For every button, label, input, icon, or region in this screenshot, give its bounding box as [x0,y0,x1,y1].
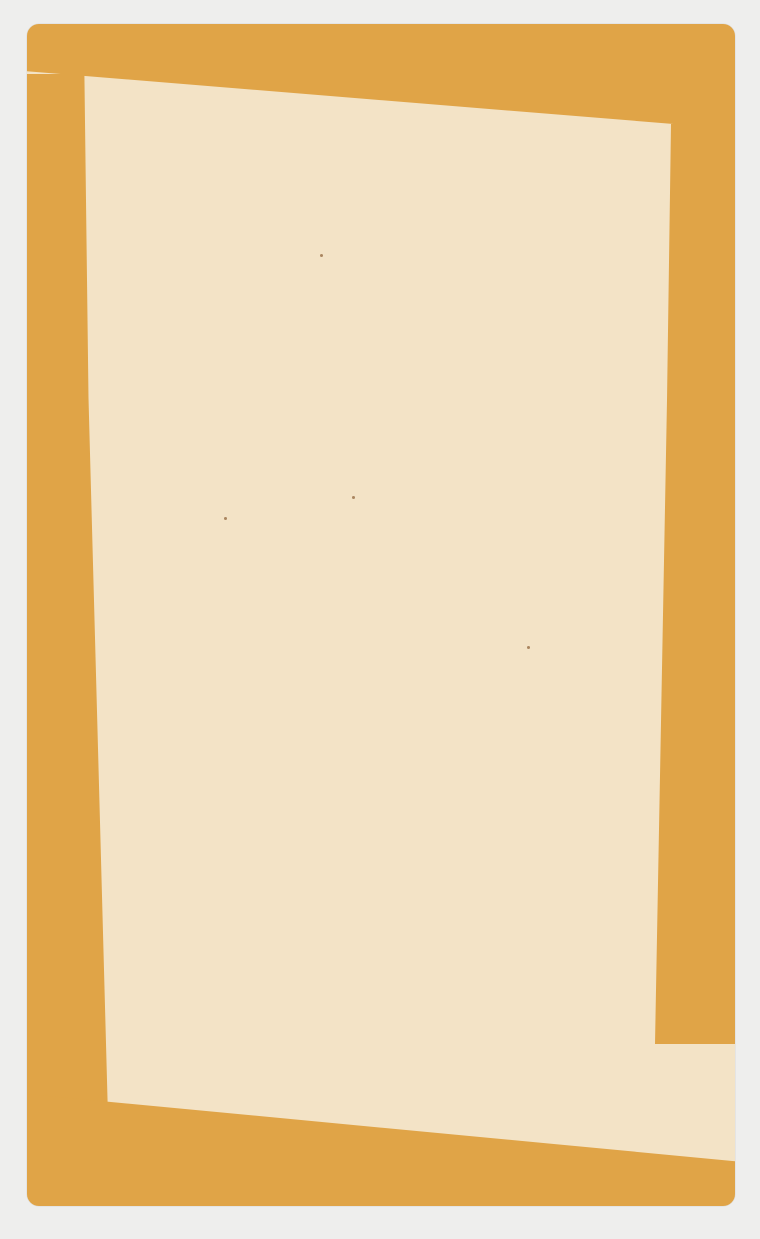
paper-speck [224,517,227,520]
tape-residue-bottom [27,1094,735,1206]
paper-speck [527,646,530,649]
aged-card-back [27,24,735,1206]
tape-residue-right [655,124,735,1044]
paper-speck [320,254,323,257]
paper-speck [352,496,355,499]
tape-residue-left [27,74,109,1154]
tape-residue-top [27,24,735,129]
